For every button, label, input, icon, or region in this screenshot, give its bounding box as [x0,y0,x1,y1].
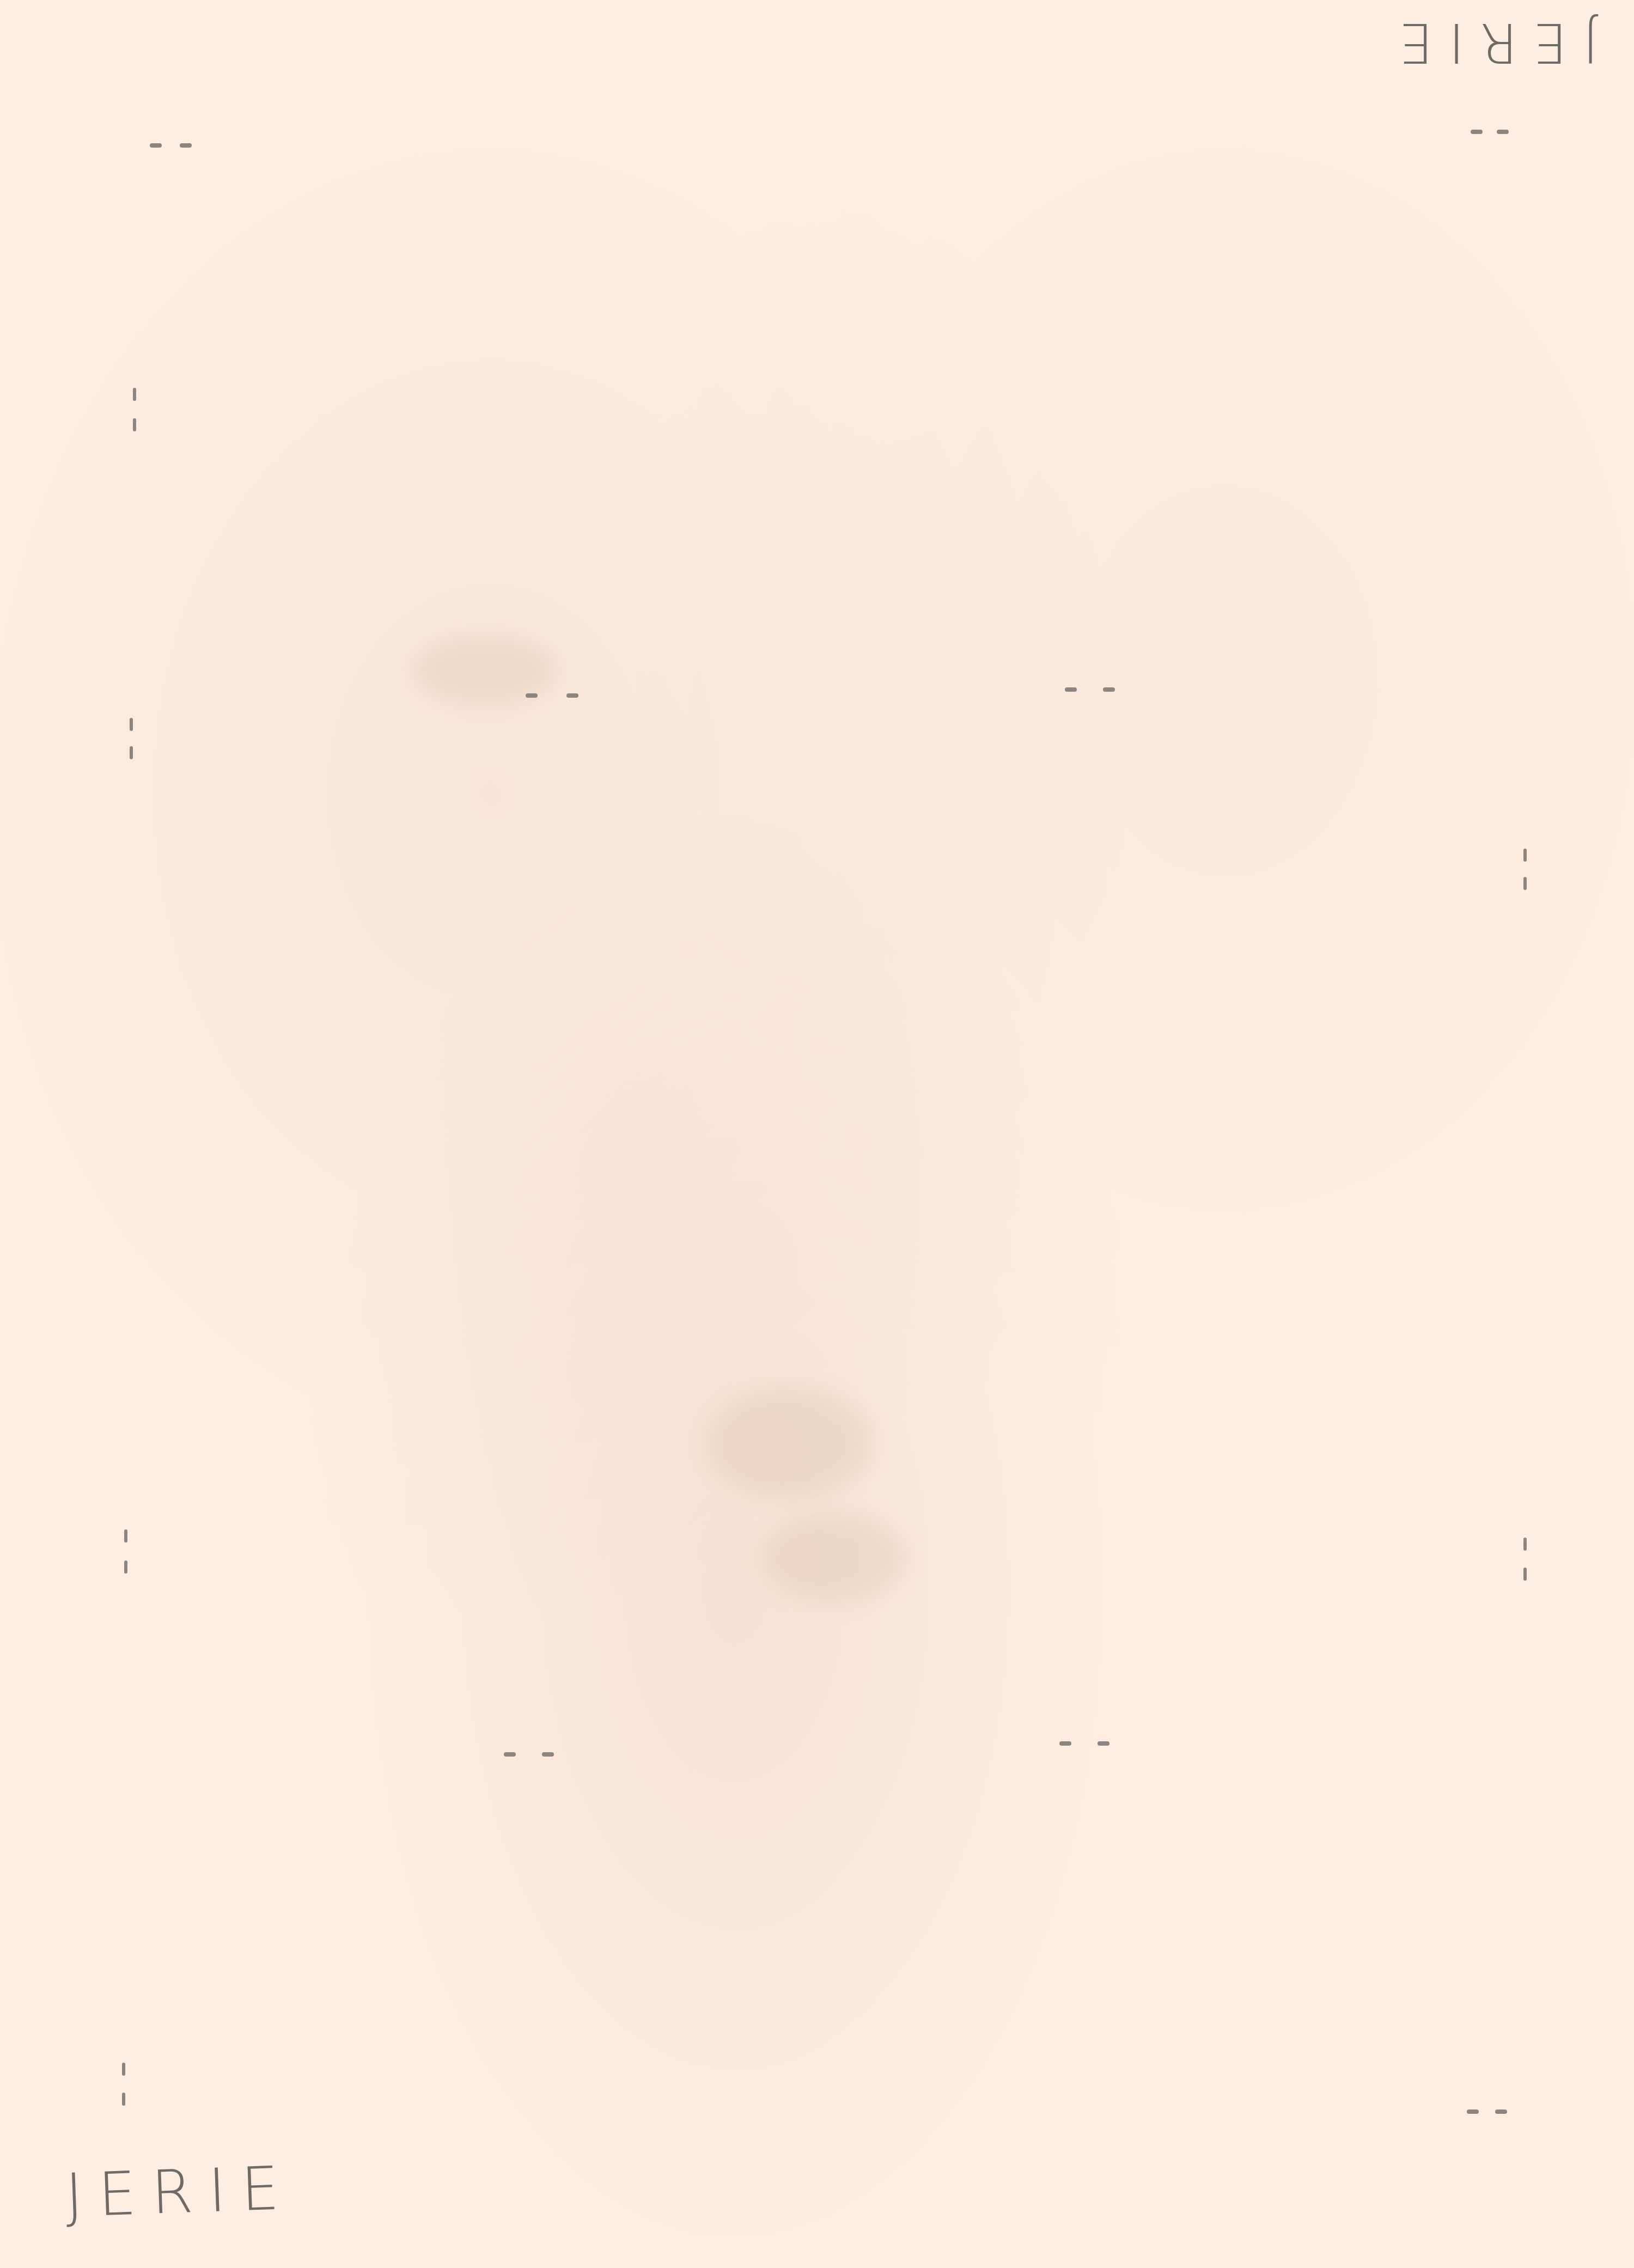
pin-mark [1471,130,1483,134]
pencil-inscription-bottom: JERIE [64,2153,296,2231]
paper-sheet: JERIE JERIE [0,0,1634,2268]
pin-mark [1065,687,1077,692]
pin-mark [504,1752,516,1757]
pin-mark [124,1560,127,1574]
pin-mark [130,746,133,759]
pin-mark [180,143,192,148]
pin-mark [1098,1741,1109,1746]
pin-mark [124,1529,127,1543]
pin-mark [1467,2110,1479,2114]
pin-mark [122,2093,125,2106]
foxing-stain [414,637,556,703]
pin-mark [150,143,162,148]
pin-mark [1523,1538,1527,1551]
pin-mark [1523,1568,1527,1581]
pin-mark [526,693,538,698]
foxing-stain [708,1389,871,1498]
pin-mark [133,388,136,401]
foxing-stain [763,1514,904,1601]
pin-mark [1523,877,1527,890]
pin-mark [1523,849,1527,862]
pin-mark [1059,1741,1071,1746]
pin-mark [1495,2110,1507,2114]
pin-mark [122,2063,125,2076]
pin-mark [566,693,578,698]
pencil-inscription-top: JERIE [1383,11,1599,75]
pin-mark [1103,687,1115,692]
pin-mark [130,718,133,731]
pin-mark [1497,130,1509,134]
pin-mark [542,1752,554,1757]
pin-mark [133,418,136,431]
